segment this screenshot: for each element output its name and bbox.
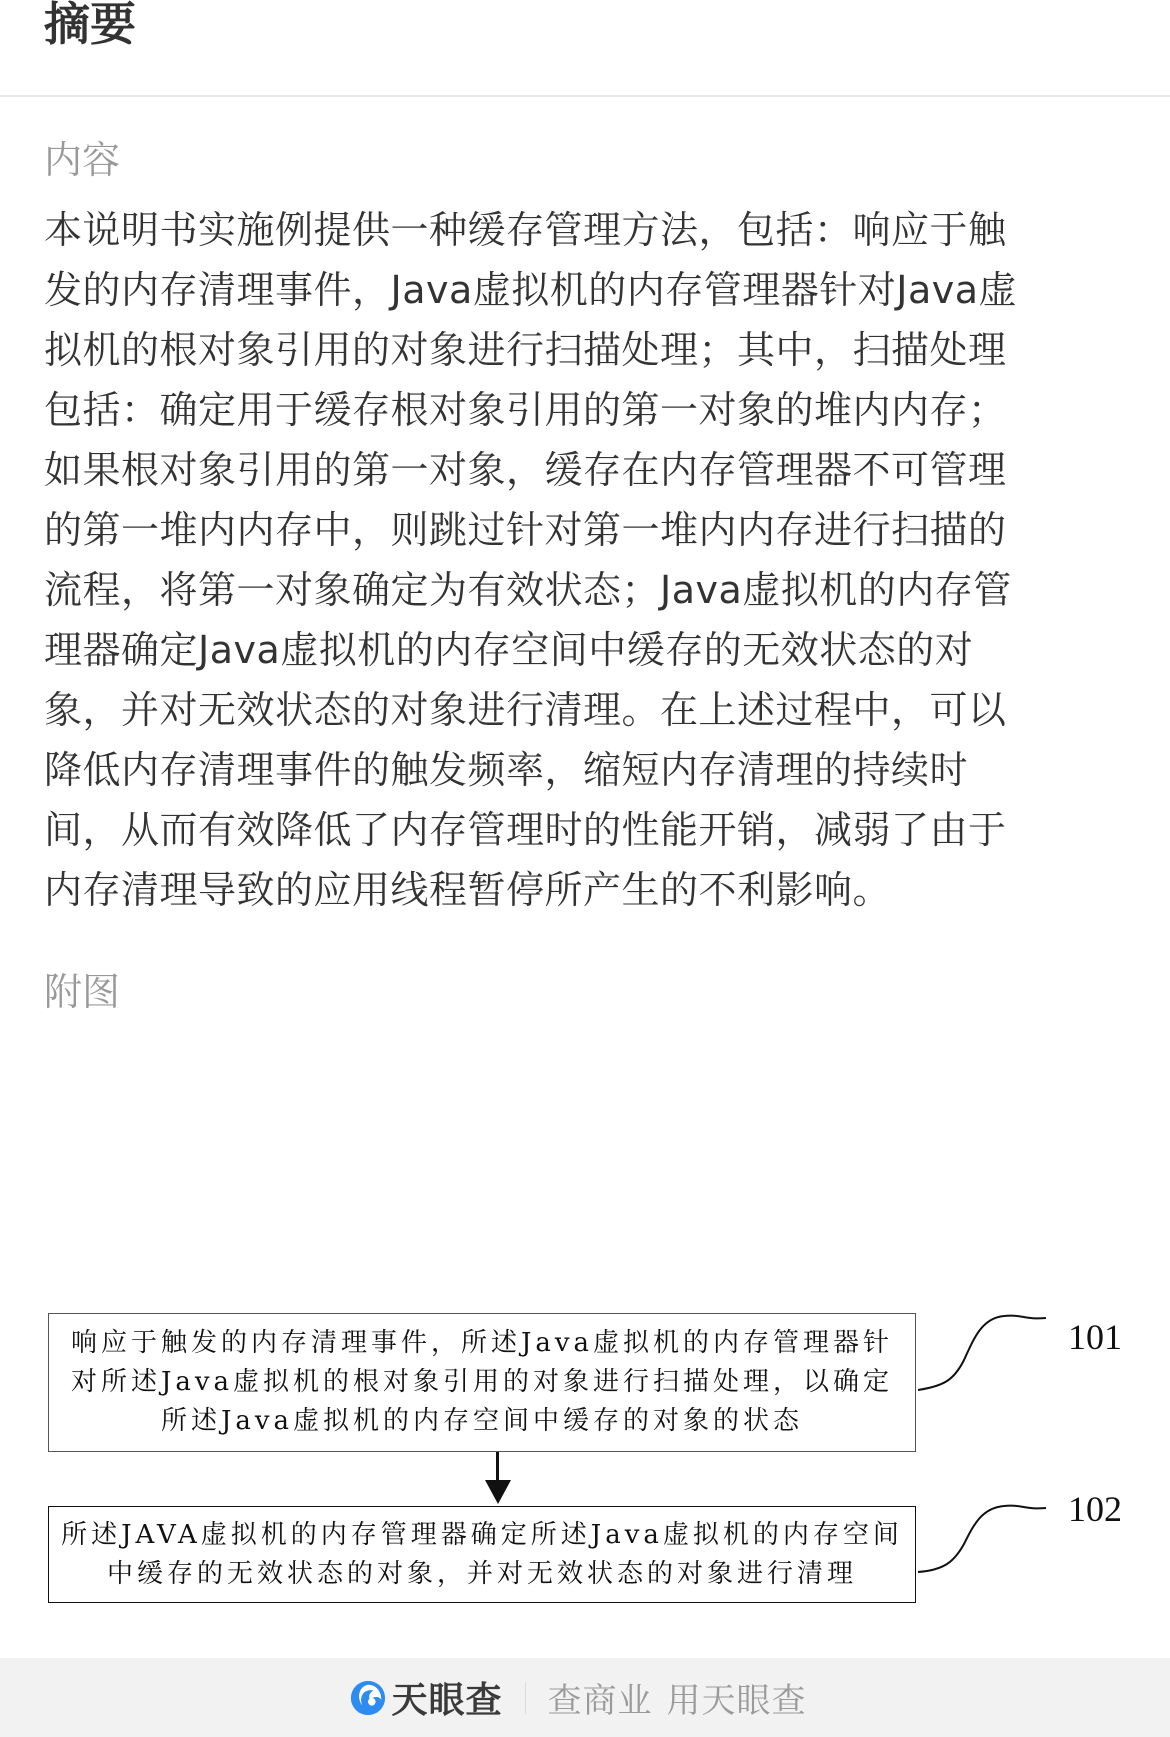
brand-logo[interactable]: 天眼查 [349,1672,502,1723]
flow-step-101: 响应于触发的内存清理事件，所述Java虚拟机的内存管理器针 对所述Java虚拟机… [48,1313,916,1452]
abstract-line: 降低内存清理事件的触发频率，缩短内存清理的持续时 [44,740,1134,800]
reference-leader-curve-101 [916,1308,1066,1398]
abstract-line: 间，从而有效降低了内存管理时的性能开销，减弱了由于 [44,800,1134,860]
reference-leader-curve-102 [916,1500,1066,1580]
flow-step-102: 所述JAVA虚拟机的内存管理器确定所述Java虚拟机的内存空间 中缓存的无效状态… [48,1506,916,1603]
brand-name: 天眼查 [391,1672,502,1723]
abstract-line: 理器确定Java虚拟机的内存空间中缓存的无效状态的对 [44,620,1134,680]
figure-label: 附图 [44,968,120,1016]
reference-number-102: 102 [1068,1488,1122,1530]
abstract-line: 流程，将第一对象确定为有效状态；Java虚拟机的内存管 [44,560,1134,620]
abstract-line: 拟机的根对象引用的对象进行扫描处理；其中，扫描处理 [44,320,1134,380]
footer-divider [525,1682,526,1714]
page-title: 摘要 [44,0,136,54]
arrow-down-icon [485,1480,511,1504]
flow-step-line: 所述JAVA虚拟机的内存管理器确定所述Java虚拟机的内存空间 [61,1516,903,1555]
abstract-text: 本说明书实施例提供一种缓存管理方法，包括：响应于触 发的内存清理事件，Java虚… [44,200,1134,920]
flow-step-line: 响应于触发的内存清理事件，所述Java虚拟机的内存管理器针 [71,1324,893,1363]
abstract-line: 包括：确定用于缓存根对象引用的第一对象的堆内内存； [44,380,1134,440]
slogan-part-1: 查商业 [548,1681,653,1721]
abstract-line: 本说明书实施例提供一种缓存管理方法，包括：响应于触 [44,200,1134,260]
content-label: 内容 [44,136,120,184]
flow-step-line: 对所述Java虚拟机的根对象引用的对象进行扫描处理，以确定 [71,1363,893,1402]
flow-step-line: 所述Java虚拟机的内存空间中缓存的对象的状态 [161,1402,803,1441]
footer-banner[interactable]: 天眼查 查商业用天眼查 [0,1658,1170,1737]
slogan-part-2: 用天眼查 [667,1681,807,1721]
abstract-line: 如果根对象引用的第一对象，缓存在内存管理器不可管理 [44,440,1134,500]
abstract-line: 的第一堆内内存中，则跳过针对第一堆内内存进行扫描的 [44,500,1134,560]
footer-slogan: 查商业用天眼查 [548,1673,821,1722]
flowchart-figure[interactable]: 响应于触发的内存清理事件，所述Java虚拟机的内存管理器针 对所述Java虚拟机… [0,1290,1170,1630]
abstract-line: 发的内存清理事件，Java虚拟机的内存管理器针对Java虚 [44,260,1134,320]
header-divider [0,95,1170,97]
flow-step-line: 中缓存的无效状态的对象，并对无效状态的对象进行清理 [107,1555,857,1594]
abstract-line: 内存清理导致的应用线程暂停所产生的不利影响。 [44,860,1134,920]
reference-number-101: 101 [1068,1316,1122,1358]
tianyancha-logo-icon [349,1679,387,1717]
abstract-line: 象，并对无效状态的对象进行清理。在上述过程中，可以 [44,680,1134,740]
